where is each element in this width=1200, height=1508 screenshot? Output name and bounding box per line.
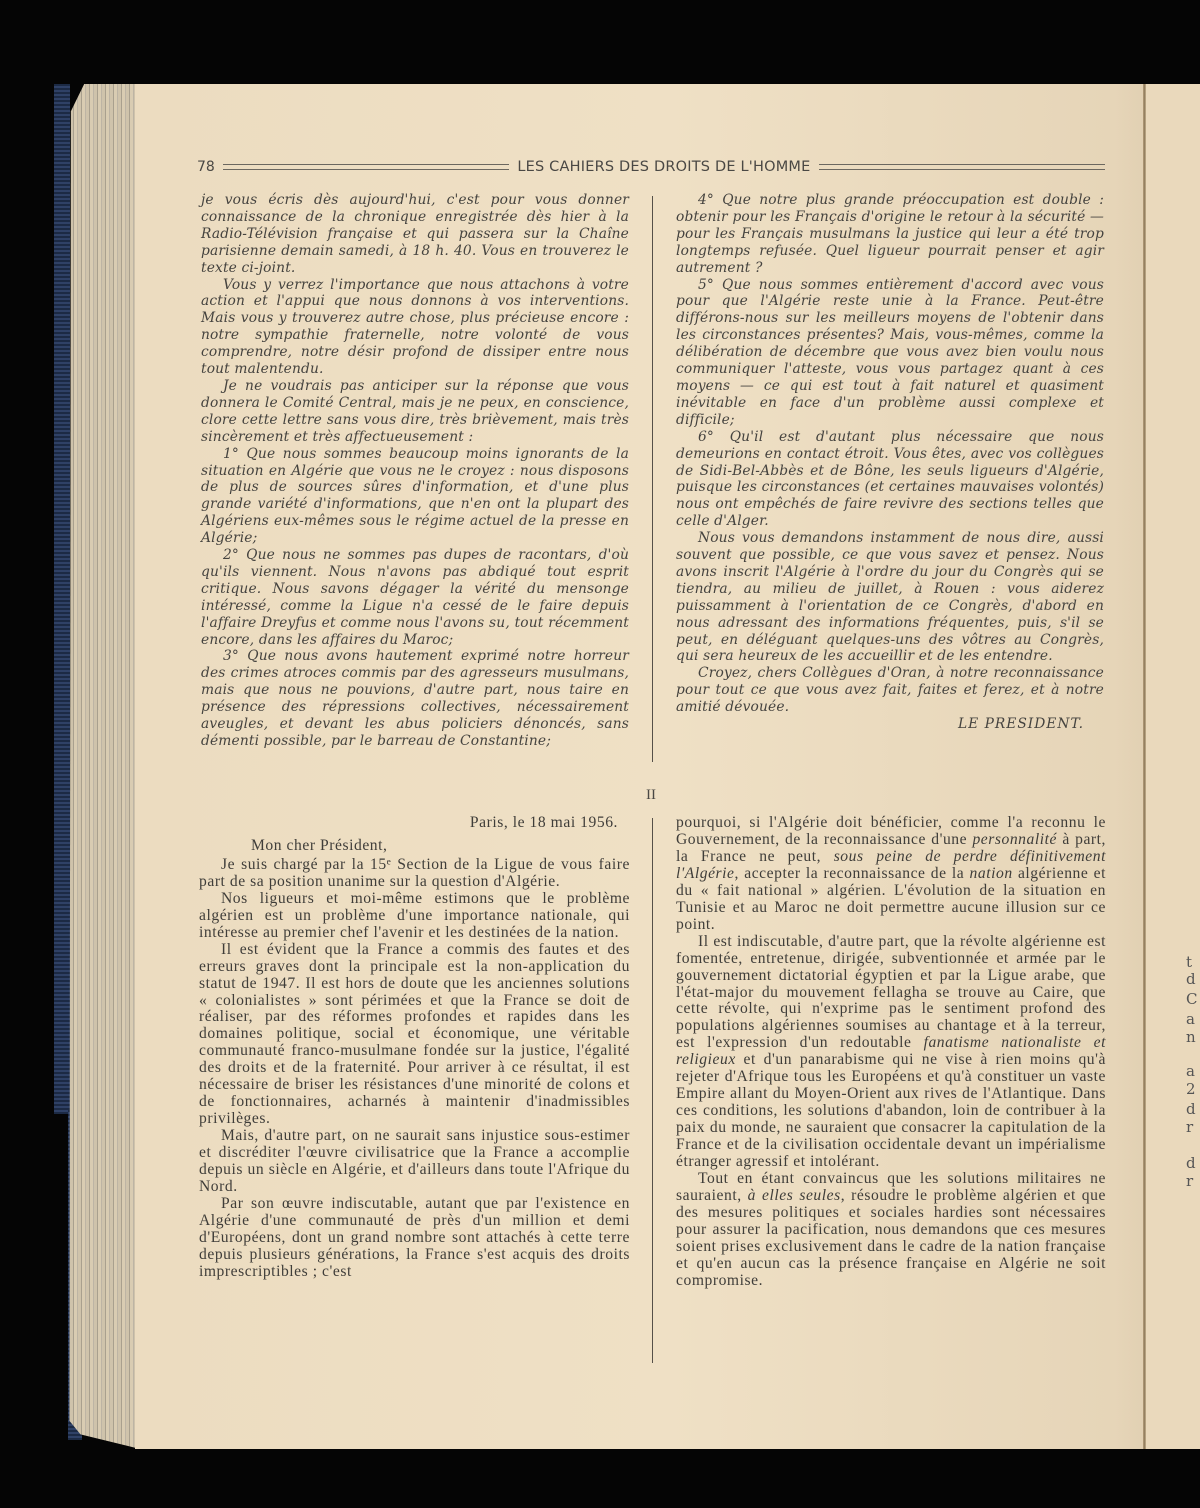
paragraph: 5° Que nous sommes entièrement d'accord … <box>676 277 1104 429</box>
paragraph: Nos ligueurs et moi-même estimons que le… <box>199 891 630 942</box>
emphasis: nation <box>970 865 1013 882</box>
book-binding <box>54 84 70 1114</box>
paragraph: 3° Que nous avons hautement exprimé notr… <box>201 648 629 749</box>
facing-page-glyph: r <box>1186 1172 1193 1190</box>
paragraph: Tout en étant convaincus que les solutio… <box>676 1171 1106 1290</box>
facing-page-glyph: d <box>1186 1100 1196 1118</box>
paragraph: Vous y verrez l'importance que nous atta… <box>201 277 629 378</box>
emphasis: personnalité <box>972 831 1057 848</box>
header-rule-left <box>223 164 510 170</box>
paragraph: Mais, d'autre part, on ne saurait sans i… <box>199 1128 630 1196</box>
paragraph: Je suis chargé par la 15ᵉ Section de la … <box>199 857 630 891</box>
page-number: 78 <box>197 159 215 175</box>
paragraph: 2° Que nous ne sommes pas dupes de racon… <box>201 547 629 648</box>
facing-page-glyph: d <box>1186 970 1196 988</box>
next-page-slice: tdCana2drdr <box>1146 84 1200 1449</box>
header-rule-right <box>819 164 1106 170</box>
paragraph: 6° Qu'il est d'autant plus nécessaire qu… <box>676 429 1104 530</box>
stacked-page-edges <box>62 84 136 1448</box>
text-run: , accepter la reconnaissance de la <box>735 865 970 882</box>
letter-two-left-column: Paris, le 18 mai 1956. Mon cher Présiden… <box>199 815 630 1281</box>
letter-two-right-column: pourquoi, si l'Algérie doit bénéficier, … <box>676 815 1106 1290</box>
paragraph: 1° Que nous sommes beaucoup moins ignora… <box>201 446 629 547</box>
text-run: et d'un panarabisme qui ne vise à rien m… <box>676 1051 1106 1170</box>
facing-page-glyph: C <box>1186 990 1197 1008</box>
facing-page-glyph: 2 <box>1186 1080 1196 1098</box>
facing-page-glyph: a <box>1186 1062 1195 1080</box>
paragraph: Nous vous demandons instamment de nous d… <box>676 530 1104 665</box>
paragraph: je vous écris dès aujourd'hui, c'est pou… <box>201 192 629 277</box>
facing-page-glyph: d <box>1186 1154 1196 1172</box>
facing-page-glyph: t <box>1186 953 1192 971</box>
facing-page-glyph: a <box>1186 1010 1195 1028</box>
paragraph: 4° Que notre plus grande préoccupation e… <box>676 192 1104 277</box>
facing-page-glyph: n <box>1186 1028 1196 1046</box>
paragraph: Je ne voudrais pas anticiper sur la répo… <box>201 378 629 446</box>
column-divider-top <box>652 196 653 762</box>
running-header: 78 LES CAHIERS DES DROITS DE L'HOMME <box>197 156 1105 178</box>
salutation: Mon cher Président, <box>199 838 630 855</box>
date-line: Paris, le 18 mai 1956. <box>199 815 630 832</box>
section-marker: II <box>646 787 656 804</box>
paragraph: Par son œuvre indiscutable, autant que p… <box>199 1196 630 1281</box>
column-divider-bottom <box>652 818 653 1363</box>
paragraph: Croyez, chers Collègues d'Oran, à notre … <box>676 665 1104 716</box>
paragraph: pourquoi, si l'Algérie doit bénéficier, … <box>676 815 1106 934</box>
emphasis: à elles seules <box>748 1187 841 1204</box>
facing-page-glyph: r <box>1186 1118 1193 1136</box>
paragraph: Il est indiscutable, d'autre part, que l… <box>676 934 1106 1171</box>
signature: LE PRESIDENT. <box>676 716 1104 733</box>
letter-one-right-column: 4° Que notre plus grande préoccupation e… <box>676 192 1104 733</box>
paragraph: Il est évident que la France a commis de… <box>199 942 630 1128</box>
journal-title: LES CAHIERS DES DROITS DE L'HOMME <box>517 159 810 175</box>
letter-one-left-column: je vous écris dès aujourd'hui, c'est pou… <box>201 192 629 750</box>
